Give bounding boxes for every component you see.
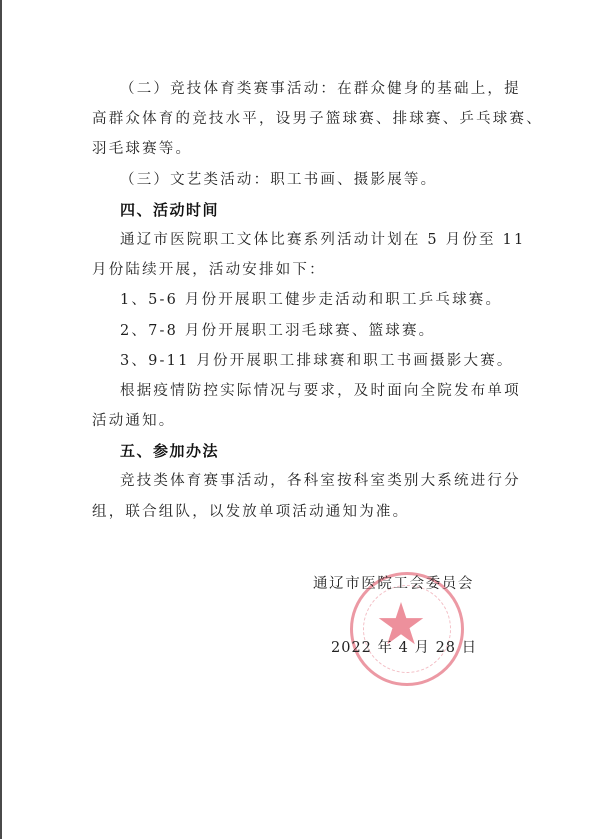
schedule-item: 3、9-11 月份开展职工排球赛和职工书画摄影大赛。: [92, 346, 506, 376]
document-body: （二）竞技体育类赛事活动：在群众健身的基础上，提 高群众体育的竞技水平，设男子篮…: [92, 74, 506, 527]
paragraph-line: 活动通知。: [92, 406, 506, 436]
paragraph-line: （二）竞技体育类赛事活动：在群众健身的基础上，提: [92, 74, 506, 104]
paragraph-line: 高群众体育的竞技水平，设男子篮球赛、排球赛、乒乓球赛、: [92, 104, 506, 134]
signature-block: ★ 通辽市医院工会委员会 2022 年 4 月 28 日: [300, 568, 500, 688]
section-heading-activity-time: 四、活动时间: [92, 195, 506, 225]
paragraph-line: 根据疫情防控实际情况与要求，及时面向全院发布单项: [92, 376, 506, 406]
signing-organization: 通辽市医院工会委员会: [313, 572, 474, 593]
paragraph-line: 月份陆续开展，活动安排如下：: [92, 255, 506, 285]
schedule-item: 2、7-8 月份开展职工羽毛球赛、篮球赛。: [92, 316, 506, 346]
paragraph-line: （三）文艺类活动：职工书画、摄影展等。: [92, 165, 506, 195]
signing-date: 2022 年 4 月 28 日: [331, 636, 477, 657]
paragraph-line: 组，联合组队，以发放单项活动通知为准。: [92, 497, 506, 527]
paragraph-line: 羽毛球赛等。: [92, 134, 506, 164]
schedule-item: 1、5-6 月份开展职工健步走活动和职工乒乓球赛。: [92, 285, 506, 315]
page-left-border: [0, 0, 2, 839]
section-heading-participation: 五、参加办法: [92, 436, 506, 466]
paragraph-line: 通辽市医院职工文体比赛系列活动计划在 5 月份至 11: [92, 225, 506, 255]
paragraph-line: 竞技类体育赛事活动，各科室按科室类别大系统进行分: [92, 466, 506, 496]
